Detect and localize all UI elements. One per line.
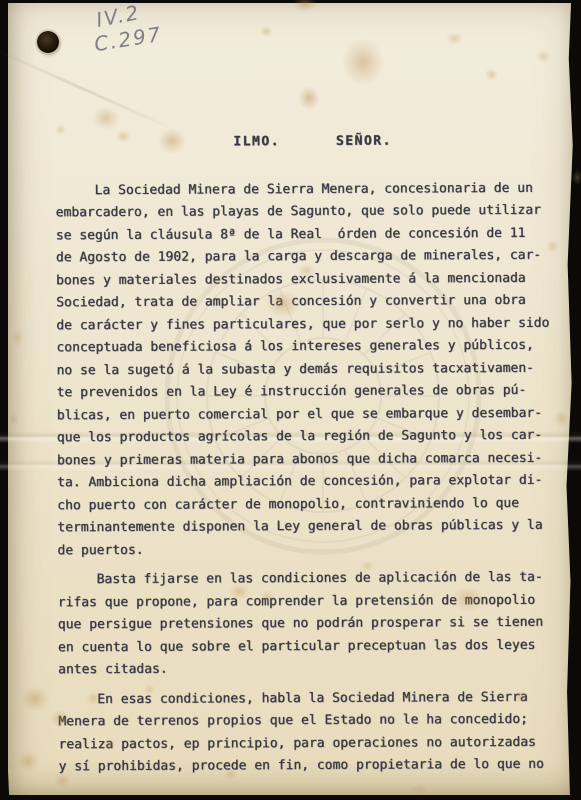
text-line: no se la sugetó á la subasta y demás req… — [57, 357, 549, 382]
text-line: Basta fijarse en las condiciones de apli… — [58, 567, 550, 592]
stain — [572, 170, 581, 185]
text-line: antes citadas. — [58, 657, 550, 682]
text-line: ta. Ambiciona dicha ampliación de conces… — [57, 470, 549, 495]
text-line: En esas condiciones, habla la Sociedad M… — [58, 686, 550, 711]
text-line: y sí prohibidas, procede en fin, como pr… — [59, 754, 551, 779]
punch-hole-icon — [37, 31, 59, 53]
typewritten-text: ILMO. SEÑOR. La Sociedad Minera de Sierr… — [55, 130, 550, 779]
text-line: de Agosto de 1902, para la carga y desca… — [56, 245, 548, 270]
paragraph: La Sociedad Minera de Sierra Menera, con… — [56, 177, 550, 562]
text-line: que los productos agrícolas de la región… — [57, 425, 549, 450]
paragraph: Basta fijarse en las condiciones de apli… — [58, 567, 551, 682]
scanned-document: IV.2 C.297 ILMO. SEÑOR. La Sociedad Mine… — [0, 0, 581, 800]
text-line: cho puerto con carácter de monopolio, co… — [57, 492, 549, 517]
text-line: bones y primeras materia para abonos que… — [57, 447, 549, 472]
text-line: bones y materiales destinados exclusivam… — [56, 267, 548, 292]
text-line: que persigue pretensiones que no podrán … — [58, 612, 550, 637]
text-line: realiza pactos, ep principio, para opera… — [58, 731, 550, 756]
text-line: de puertos. — [57, 537, 549, 562]
text-line: embarcadero, en las playas de Sagunto, q… — [56, 200, 548, 225]
text-line: en cuenta lo que sobre el particular pre… — [58, 634, 550, 659]
text-line: Menera de terrenos propios que el Estado… — [58, 709, 550, 734]
text-line: blicas, en puerto comercial por el que s… — [57, 402, 549, 427]
paragraph: En esas condiciones, habla la Sociedad M… — [58, 686, 550, 779]
text-line: se según la cláusula 8ª de la Real órden… — [56, 222, 548, 247]
salutation: ILMO. SEÑOR. — [55, 130, 547, 155]
text-line: La Sociedad Minera de Sierra Menera, con… — [56, 177, 548, 202]
text-line: conceptuada beneficiosa á los intereses … — [56, 335, 548, 360]
text-line: de carácter y fines particulares, que po… — [56, 312, 548, 337]
text-line: te prevenidos en la Ley é instrucción ge… — [57, 380, 549, 405]
text-line: rifas que propone, para comprender la pr… — [58, 589, 550, 614]
text-line: Sociedad, trata de ampliar la concesión … — [56, 290, 548, 315]
text-line: terminantemente disponen la Ley general … — [57, 515, 549, 540]
